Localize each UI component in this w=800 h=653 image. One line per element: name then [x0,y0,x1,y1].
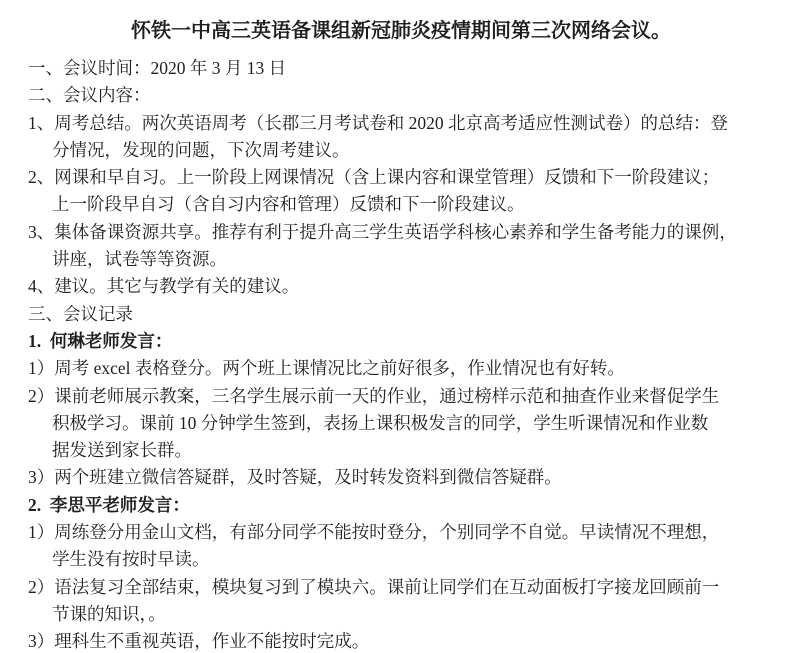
line-item3-cont: 讲座，试卷等等资源。 [28,246,774,273]
line-speaker2-point3: 3）理科生不重视英语，作业不能按时完成。 [28,628,774,653]
line-item3-resources: 3、集体备课资源共享。推荐有利于提升高三学生英语学科核心素养和学生备考能力的课例… [28,219,774,246]
line-item2-online-class: 2、网课和早自习。上一阶段上网课情况（含上课内容和课堂管理）反馈和下一阶段建议； [28,164,774,191]
line-speaker1-point2: 2）课前老师展示教案，三名学生展示前一天的作业，通过榜样示范和抽查作业来督促学生 [28,383,774,410]
line-item2-cont: 上一阶段早自习（含自习内容和管理）反馈和下一阶段建议。 [28,191,774,218]
line-speaker1-point1: 1）周考 excel 表格登分。两个班上课情况比之前好很多，作业情况也有好转。 [28,355,774,382]
document-title: 怀铁一中高三英语备课组新冠肺炎疫情期间第三次网络会议。 [28,15,774,47]
line-speaker2-point1: 1）周练登分用金山文档，有部分同学不能按时登分，个别同学不自觉。早读情况不理想， [28,519,774,546]
line-item1-weekly-exam: 1、周考总结。两次英语周考（长郡三月考试卷和 2020 北京高考适应性测试卷）的… [28,110,774,137]
document-page: 怀铁一中高三英语备课组新冠肺炎疫情期间第三次网络会议。 一、会议时间：2020 … [0,0,800,653]
line-meeting-time: 一、会议时间：2020 年 3 月 13 日 [28,55,774,82]
line-item1-cont: 分情况，发现的问题，下次周考建议。 [28,137,774,164]
line-speaker1-point3: 3）两个班建立微信答疑群，及时答疑，及时转发资料到微信答疑群。 [28,464,774,491]
line-speaker1-heading: 1. 何琳老师发言： [28,328,774,355]
line-item4-suggestions: 4、建议。其它与教学有关的建议。 [28,273,774,300]
line-meeting-record: 三、会议记录 [28,301,774,328]
line-speaker2-point1-cont: 学生没有按时早读。 [28,546,774,573]
line-speaker2-point2: 2）语法复习全部结束，模块复习到了模块六。课前让同学们在互动面板打字接龙回顾前一 [28,574,774,601]
line-speaker1-point2-cont2: 据发送到家长群。 [28,437,774,464]
line-meeting-content: 二、会议内容： [28,82,774,109]
line-speaker2-heading: 2. 李思平老师发言： [28,492,774,519]
line-speaker1-point2-cont1: 积极学习。课前 10 分钟学生签到，表扬上课积极发言的同学，学生听课情况和作业数 [28,410,774,437]
line-speaker2-point2-cont: 节课的知识，。 [28,601,774,628]
